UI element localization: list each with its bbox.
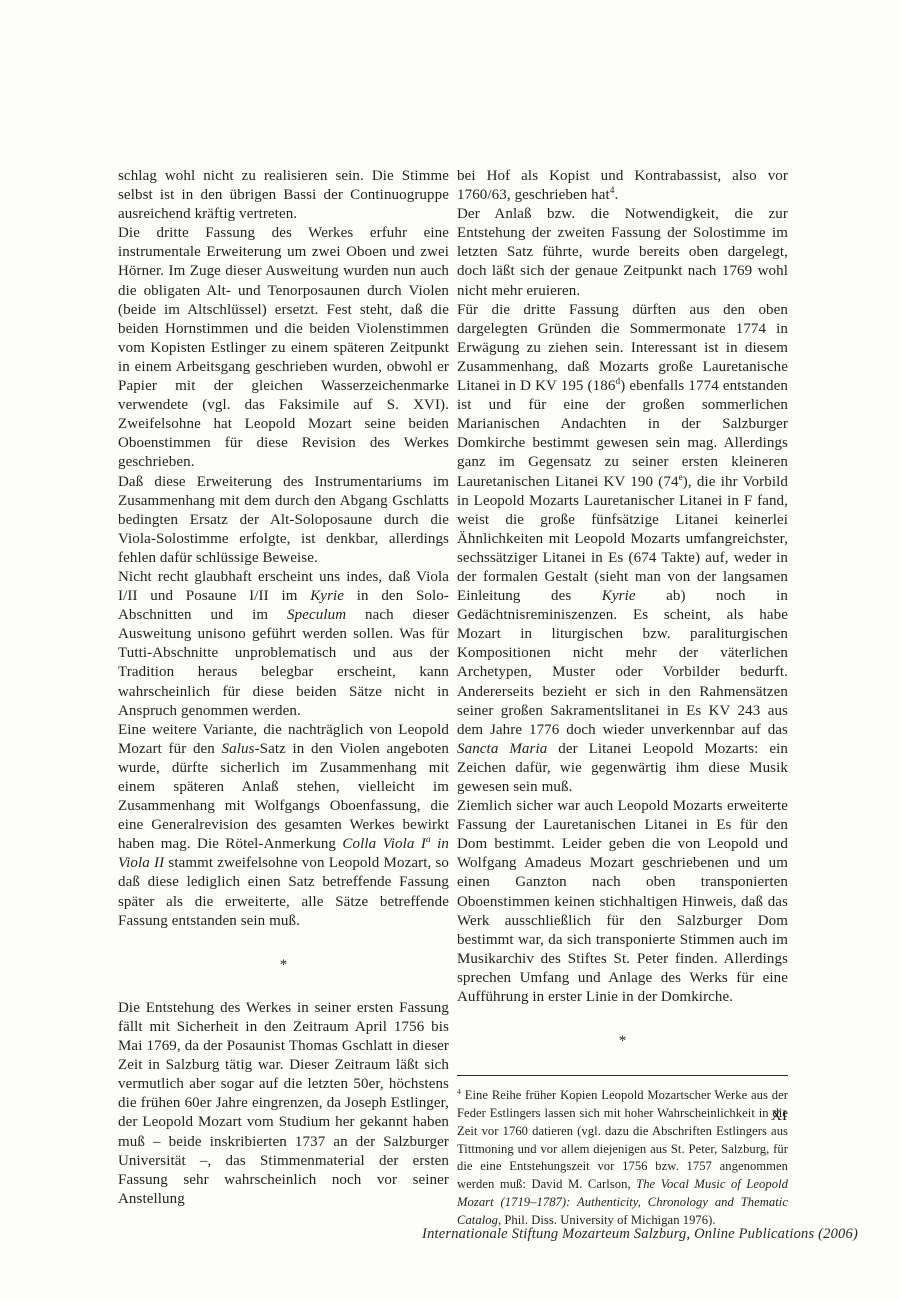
section-separator: * xyxy=(457,1032,788,1051)
text-run: . xyxy=(615,187,619,203)
body-paragraph: Der Anlaß bzw. die Notwendigkeit, die zu… xyxy=(457,205,788,300)
text-run: Ziemlich sicher war auch Leopold Mozarts… xyxy=(457,798,788,1005)
footer-imprint: Internationale Stiftung Mozarteum Salzbu… xyxy=(422,1226,858,1243)
body-paragraph: Ziemlich sicher war auch Leopold Mozarts… xyxy=(457,797,788,1007)
text-run: Kyrie xyxy=(310,588,344,604)
body-paragraph: Für die dritte Fassung dürften aus den o… xyxy=(457,301,788,797)
body-paragraph: bei Hof als Kopist und Kontrabassist, al… xyxy=(457,167,788,205)
text-run: Eine Reihe früher Kopien Leopold Mozarts… xyxy=(457,1088,788,1191)
footnote-text: 4 Eine Reihe früher Kopien Leopold Mozar… xyxy=(457,1087,788,1229)
text-run: Sancta Maria xyxy=(457,741,547,757)
body-paragraph: Eine weitere Variante, die nachträglich … xyxy=(118,721,449,931)
left-column: schlag wohl nicht zu realisieren sein. D… xyxy=(118,167,449,1209)
body-paragraph: Nicht recht glaubhaft erscheint uns inde… xyxy=(118,568,449,721)
body-paragraph: Die Entstehung des Werkes in seiner erst… xyxy=(118,999,449,1209)
section-separator: * xyxy=(118,956,449,975)
text-run: , Phil. Diss. University of Michigan 197… xyxy=(498,1213,716,1227)
text-run: stammt zweifelsohne von Leopold Mozart, … xyxy=(118,855,449,928)
text-run: Die dritte Fassung des Werkes erfuhr ein… xyxy=(118,225,449,470)
text-run: schlag wohl nicht zu realisieren sein. D… xyxy=(118,168,449,222)
text-run: nach dieser Ausweitung unisono geführt w… xyxy=(118,607,449,718)
text-run: Speculum xyxy=(287,607,346,623)
text-run: ), die ihr Vorbild in Leopold Mozarts La… xyxy=(457,474,788,605)
footnote-rule xyxy=(457,1075,788,1076)
body-paragraph: schlag wohl nicht zu realisieren sein. D… xyxy=(118,167,449,224)
document-page: schlag wohl nicht zu realisieren sein. D… xyxy=(0,0,900,1299)
text-run: Colla Viola I xyxy=(342,836,426,852)
text-run: Kyrie xyxy=(602,588,636,604)
right-column: bei Hof als Kopist und Kontrabassist, al… xyxy=(457,167,788,1230)
text-run: Daß diese Erweiterung des Instrumentariu… xyxy=(118,474,449,566)
text-run: Die Entstehung des Werkes in seiner erst… xyxy=(118,1000,449,1207)
text-run: Salus xyxy=(222,741,255,757)
text-run: ab) noch in Gedächtnisreminiszenzen. Es … xyxy=(457,588,788,738)
text-run: Der Anlaß bzw. die Notwendigkeit, die zu… xyxy=(457,206,788,298)
page-number: XI xyxy=(771,1108,787,1125)
body-paragraph: Daß diese Erweiterung des Instrumentariu… xyxy=(118,473,449,568)
body-paragraph: Die dritte Fassung des Werkes erfuhr ein… xyxy=(118,224,449,472)
text-run: bei Hof als Kopist und Kontrabassist, al… xyxy=(457,168,788,203)
